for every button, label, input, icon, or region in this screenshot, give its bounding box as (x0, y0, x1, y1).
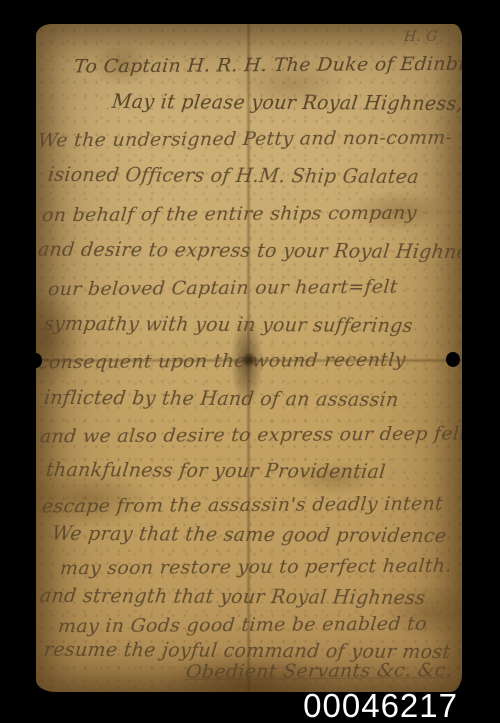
letter-line: consequent upon the wound recently (37, 351, 406, 373)
letter-line: thankfulness for your Providential (45, 461, 387, 482)
letter-line: on behalf of the entire ships company (41, 204, 417, 226)
letter-line: may in Gods good time be enabled to (57, 615, 427, 637)
letter-line: inflicted by the Hand of an assassin (43, 389, 400, 410)
letter-line: our beloved Captain our heart=felt (47, 278, 398, 299)
letter-line: We pray that the same good providence (51, 525, 447, 546)
letter-address-line: To Captain H. R. H. The Duke of Edinburg… (73, 54, 462, 76)
letter-line: and we also desire to express our deep f… (39, 425, 462, 447)
letter-line: and strength that your Royal Highness (39, 587, 426, 608)
letter-line: We the undersigned Petty and non-comm- (37, 129, 453, 151)
paper-edge-tear-right (446, 352, 460, 367)
letter-paper: H. G To Captain H. R. H. The Duke of Edi… (36, 24, 462, 692)
catalog-number: 00046217 (303, 689, 458, 722)
letter-line: escape from the assassin's deadly intent (41, 495, 444, 517)
photograph-of-letter: H. G To Captain H. R. H. The Duke of Edi… (0, 0, 500, 723)
letter-closing: Obedient Servants &c. &c. (185, 661, 453, 682)
corner-notation: H. G (403, 30, 438, 44)
letter-line: sympathy with you in your sufferings (43, 315, 414, 336)
letter-line: and desire to express to your Royal High… (37, 241, 462, 263)
paper-edge-tear-left (30, 353, 42, 368)
letter-line: may soon restore you to perfect health. (59, 557, 452, 579)
letter-line: isioned Officers of H.M. Ship Galatea (47, 166, 420, 187)
letter-salutation: May it please your Royal Highness, (111, 93, 462, 114)
